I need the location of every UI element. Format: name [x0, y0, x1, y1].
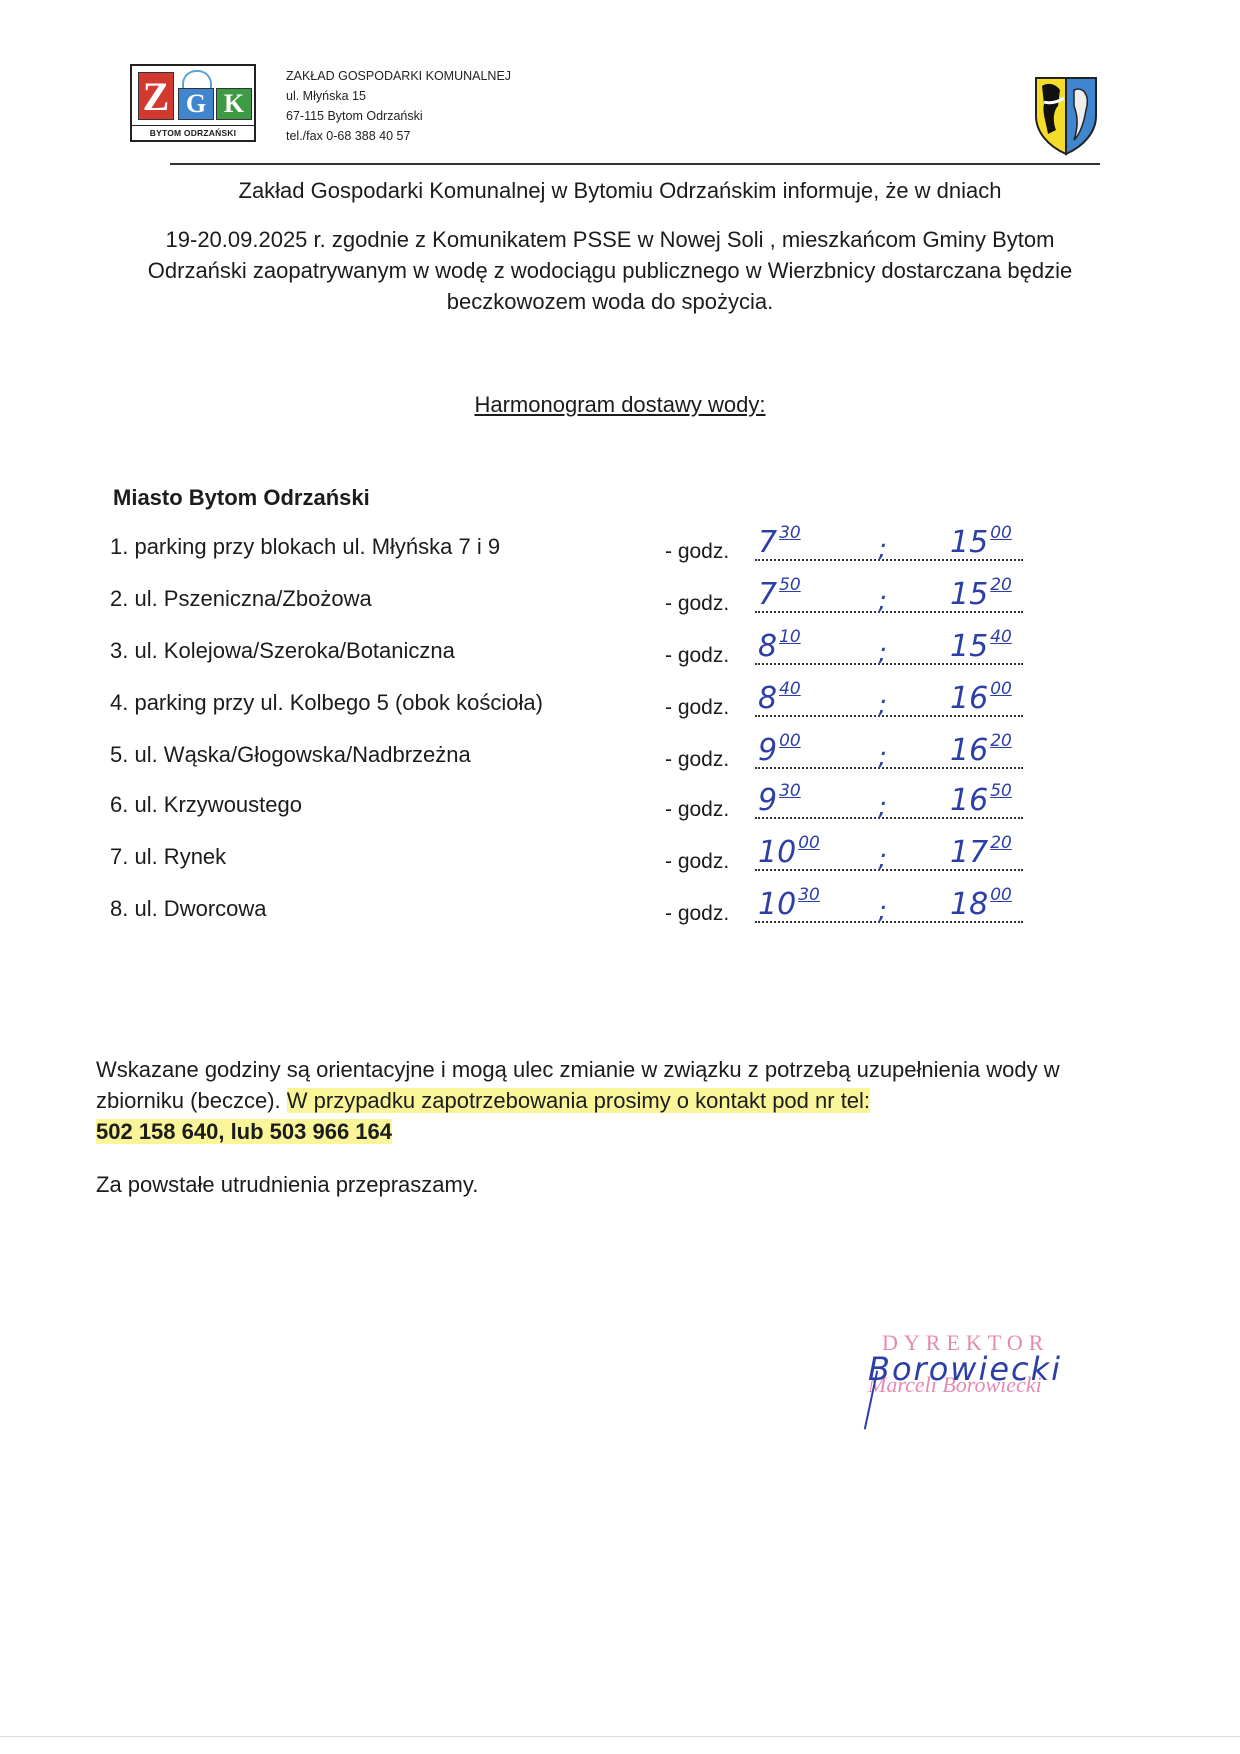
- logo-letter-k: K: [216, 88, 252, 120]
- contact-phones: 502 158 640, lub 503 966 164: [96, 1119, 392, 1144]
- notice-contact-highlight: W przypadku zapotrzebowania prosimy o ko…: [287, 1088, 870, 1113]
- morning-time: 1000: [758, 833, 820, 870]
- apology-text: Za powstałe utrudnienia przepraszamy.: [96, 1172, 478, 1198]
- org-phone: tel./fax 0-68 388 40 57: [286, 126, 511, 146]
- schedule-row: 4. parking przy ul. Kolbego 5 (obok kośc…: [110, 676, 1070, 726]
- time-label: - godz.: [665, 696, 729, 720]
- afternoon-time: 1600: [950, 679, 1012, 716]
- zgk-logo: Z G K BYTOM ODRZAŃSKI: [130, 64, 256, 142]
- schedule-row: 3. ul. Kolejowa/Szeroka/Botaniczna- godz…: [110, 624, 1070, 674]
- afternoon-time: 1720: [950, 833, 1012, 870]
- org-city: 67-115 Bytom Odrzański: [286, 106, 511, 126]
- delivery-location: 6. ul. Krzywoustego: [110, 792, 302, 818]
- time-separator: ;: [878, 690, 887, 720]
- time-label: - godz.: [665, 644, 729, 668]
- delivery-location: 2. ul. Pszeniczna/Zbożowa: [110, 586, 372, 612]
- afternoon-time: 1500: [950, 523, 1012, 560]
- time-separator: ;: [878, 586, 887, 616]
- header-divider: [170, 163, 1100, 165]
- coat-of-arms-icon: [1034, 76, 1098, 156]
- fountain-icon: [182, 70, 212, 88]
- time-separator: ;: [878, 844, 887, 874]
- morning-time: 810: [758, 627, 801, 664]
- time-separator: ;: [878, 534, 887, 564]
- schedule-row: 6. ul. Krzywoustego- godz.930;1650: [110, 778, 1070, 828]
- delivery-location: 4. parking przy ul. Kolbego 5 (obok kośc…: [110, 690, 543, 716]
- delivery-location: 8. ul. Dworcowa: [110, 896, 267, 922]
- time-separator: ;: [878, 742, 887, 772]
- schedule-title: Harmonogram dostawy wody:: [0, 392, 1240, 418]
- time-label: - godz.: [665, 748, 729, 772]
- time-separator: ;: [878, 792, 887, 822]
- time-label: - godz.: [665, 850, 729, 874]
- delivery-location: 1. parking przy blokach ul. Młyńska 7 i …: [110, 534, 500, 560]
- schedule-row: 1. parking przy blokach ul. Młyńska 7 i …: [110, 520, 1070, 570]
- schedule-row: 7. ul. Rynek- godz.1000;1720: [110, 830, 1070, 880]
- org-street: ul. Młyńska 15: [286, 86, 511, 106]
- morning-time: 840: [758, 679, 801, 716]
- city-heading: Miasto Bytom Odrzański: [113, 485, 370, 511]
- time-label: - godz.: [665, 592, 729, 616]
- organization-address: ZAKŁAD GOSPODARKI KOMUNALNEJ ul. Młyńska…: [286, 66, 511, 146]
- time-separator: ;: [878, 638, 887, 668]
- morning-time: 930: [758, 781, 801, 818]
- delivery-location: 7. ul. Rynek: [110, 844, 226, 870]
- morning-time: 730: [758, 523, 801, 560]
- intro-body: 19-20.09.2025 r. zgodnie z Komunikatem P…: [140, 224, 1080, 317]
- afternoon-time: 1520: [950, 575, 1012, 612]
- page-bottom-edge: [0, 1736, 1240, 1737]
- schedule-row: 5. ul. Wąska/Głogowska/Nadbrzeżna- godz.…: [110, 728, 1070, 778]
- schedule-row: 2. ul. Pszeniczna/Zbożowa- godz.750;1520: [110, 572, 1070, 622]
- morning-time: 750: [758, 575, 801, 612]
- intro-first-line: Zakład Gospodarki Komunalnej w Bytomiu O…: [0, 178, 1240, 204]
- morning-time: 900: [758, 731, 801, 768]
- logo-letter-g: G: [178, 88, 214, 120]
- schedule-row: 8. ul. Dworcowa- godz.1030;1800: [110, 882, 1070, 932]
- time-label: - godz.: [665, 540, 729, 564]
- time-label: - godz.: [665, 902, 729, 926]
- afternoon-time: 1620: [950, 731, 1012, 768]
- handwritten-signature: Borowiecki: [868, 1350, 1062, 1388]
- afternoon-time: 1540: [950, 627, 1012, 664]
- afternoon-time: 1650: [950, 781, 1012, 818]
- logo-letter-z: Z: [138, 72, 174, 120]
- time-separator: ;: [878, 896, 887, 926]
- time-label: - godz.: [665, 798, 729, 822]
- logo-caption: BYTOM ODRZAŃSKI: [132, 125, 254, 138]
- org-name: ZAKŁAD GOSPODARKI KOMUNALNEJ: [286, 66, 511, 86]
- notice-paragraph: Wskazane godziny są orientacyjne i mogą …: [96, 1054, 1106, 1147]
- morning-time: 1030: [758, 885, 820, 922]
- delivery-location: 3. ul. Kolejowa/Szeroka/Botaniczna: [110, 638, 455, 664]
- afternoon-time: 1800: [950, 885, 1012, 922]
- delivery-location: 5. ul. Wąska/Głogowska/Nadbrzeżna: [110, 742, 471, 768]
